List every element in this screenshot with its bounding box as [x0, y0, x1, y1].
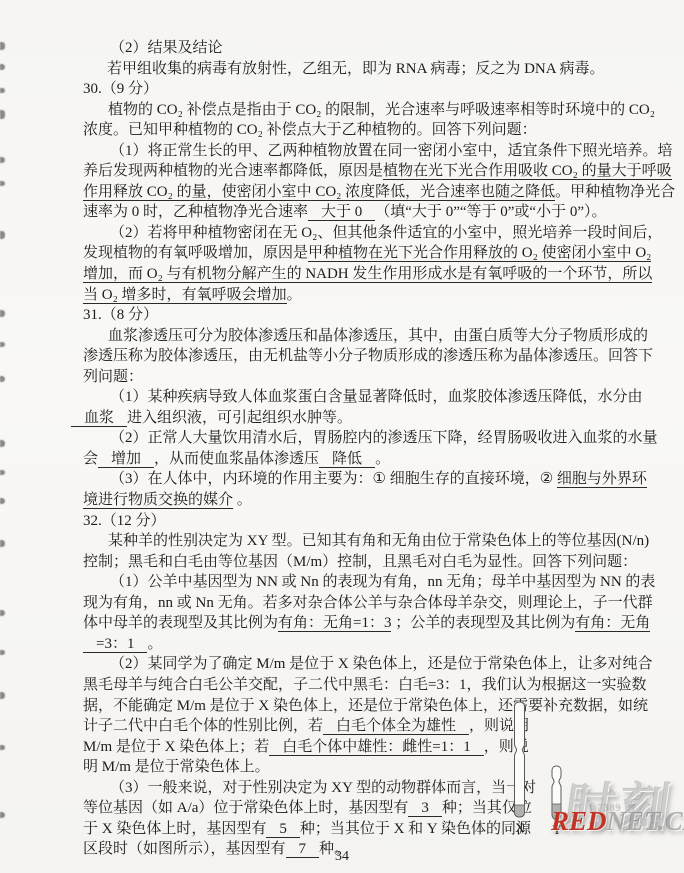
text-line: 计子二代中白毛个体的性别比例，若白毛个体全为雄性，则说明: [83, 716, 675, 737]
text-line: （2）结果及结论: [110, 38, 675, 59]
text-line: 30.（9 分）: [83, 79, 675, 100]
text-line: （2）若将甲种植物密闭在无 O₂、但其他条件适宜的小室中，照光培养一段时间后，: [110, 223, 675, 244]
scan-artifact: [0, 88, 5, 93]
underlined-answer: 白毛个体中雄性：雌性=1：1: [269, 739, 483, 756]
text-segment: 。: [233, 492, 252, 508]
text-segment: 植物的 CO₂ 补偿点是指由于 CO₂ 的限制，光合速率与呼吸速率相等时环境中的…: [108, 102, 655, 118]
text-segment: 养后发现两种植物的光合速率都降低，原因是: [83, 163, 383, 179]
text-segment: 31.（8 分）: [83, 307, 158, 323]
scan-artifact: [0, 650, 5, 655]
document-lines: （2）结果及结论若甲组收集的病毒有放射性，乙组无，即为 RNA 病毒；反之为 D…: [83, 38, 675, 860]
text-segment: 血浆渗透压可分为胶体渗透压和晶体渗透压，其中，由蛋白质等大分子物质形成的: [108, 328, 648, 344]
text-line: 发现植物的有氧呼吸增加，原因是甲种植物在光下光合作用释放的 O₂ 使密闭小室中 …: [83, 243, 675, 264]
text-segment: （1）公羊中基因型为 NN 或 Nn 的表现为有角，nn 无角；母羊中基因型为 …: [110, 574, 655, 590]
page-number: 34: [0, 849, 684, 865]
text-segment: 控制；黑毛和白毛由等位基因（M/m）控制，且黑毛对白毛为显性。回答下列问题：: [83, 554, 637, 570]
underlined-answer: 有角：无角: [575, 615, 650, 632]
text-segment: 。甲种植物净光合: [555, 184, 675, 200]
text-segment: 计子二代中白毛个体的性别比例，若: [83, 718, 323, 734]
text-segment: M/m 是位于 X 染色体上；若: [83, 739, 269, 755]
underlined-answer: 当 O₂ 增多时，有氧呼吸会增加: [83, 287, 287, 304]
text-segment: 现为有角，nn 或 Nn 无角。若多对杂合体公羊与杂合体母羊杂交，则理论上，子一…: [83, 595, 653, 611]
text-segment: 发现植物的有氧呼吸增加，原因是: [83, 245, 308, 261]
text-line: （1）将正常生长的甲、乙两种植物放置在同一密闭小室中，适宜条件下照光培养。培: [110, 141, 675, 162]
scan-artifact: [0, 157, 5, 163]
text-line: 当 O₂ 增多时，有氧呼吸会增加。: [83, 285, 675, 306]
text-segment: 体中母羊的表现型及其比例为: [83, 615, 278, 631]
text-line: =3：1。: [83, 634, 675, 655]
underlined-answer: 降低: [319, 451, 375, 468]
underlined-answer: 5: [266, 821, 300, 838]
text-line: 浓度。已知甲种植物的 CO₂ 补偿点大于乙种植物的。回答下列问题：: [83, 120, 675, 141]
underlined-answer: =3：1: [83, 636, 147, 653]
scanned-exam-page: （2）结果及结论若甲组收集的病毒有放射性，乙组无，即为 RNA 病毒；反之为 D…: [0, 0, 684, 873]
scan-artifact: [0, 376, 5, 382]
x-chromosome-label: X: [513, 820, 527, 836]
text-line: 据，不能确定 M/m 是位于 X 染色体上，还是位于常染色体上，还需要补充数据，…: [83, 696, 675, 717]
text-line: 渗透压称为胶体渗透压，由无机盐等小分子物质形成的渗透压称为晶体渗透压。回答下: [83, 346, 675, 367]
underlined-answer: 有角：无角=1：3: [278, 615, 391, 632]
text-segment: 明 M/m 是位于常染色体上。: [83, 759, 270, 775]
text-line: （1）公羊中基因型为 NN 或 Nn 的表现为有角，nn 无角；母羊中基因型为 …: [110, 572, 675, 593]
text-line: 血浆进入组织液，可引起组织水肿等。: [71, 408, 675, 429]
text-segment: 进入组织液，可引起组织水肿等。: [127, 410, 352, 426]
text-line: 31.（8 分）: [83, 305, 675, 326]
text-line: M/m 是位于 X 染色体上；若白毛个体中雄性：雌性=1：1，则说: [83, 737, 675, 758]
text-segment: （3）一般来说，对于性别决定为 XY 型的动物群体而言，当一对: [110, 780, 536, 796]
text-segment: 会: [83, 451, 98, 467]
underlined-answer: 植物在光下光合作用吸收 CO₂ 的量大于呼吸: [383, 163, 672, 180]
scan-artifact: [0, 610, 5, 616]
text-segment: 。: [147, 636, 162, 652]
text-line: 黑毛母羊与纯合白毛公羊交配，子二代中黑毛：白毛=3：1，我们认为根据这一实验数: [83, 675, 675, 696]
watermark-site-text: REDNET.CN: [551, 806, 684, 837]
text-line: 某种羊的性别决定为 XY 型。已知其有角和无角由位于常染色体上的等位基因(N/n…: [108, 531, 675, 552]
underlined-answer: 境进行物质交换的媒介: [83, 492, 233, 509]
scan-artifact: [0, 440, 5, 447]
text-segment: 黑毛母羊与纯合白毛公羊交配，子二代中黑毛：白毛=3：1，我们认为根据这一实验数: [83, 677, 646, 693]
watermark-red: RED: [551, 806, 607, 836]
text-segment: 若甲组收集的病毒有放射性，乙组无，即为 RNA 病毒；反之为 DNA 病毒。: [107, 61, 605, 77]
text-line: 速率为 0 时，乙种植物净光合速率大于 0（填“大于 0”“等于 0”或“小于 …: [83, 202, 675, 223]
text-line: （2）某同学为了确定 M/m 是位于 X 染色体上，还是位于常染色体上，让多对纯…: [110, 654, 675, 675]
scan-artifact: [0, 812, 5, 818]
underlined-answer: 增加，而 O₂ 与有机物分解产生的 NADH 发生作用形成水是有氧呼吸的一个环节…: [83, 266, 652, 283]
text-line: 养后发现两种植物的光合速率都降低，原因是植物在光下光合作用吸收 CO₂ 的量大于…: [83, 161, 675, 182]
text-line: 作用释放 CO₂ 的量，使密闭小室中 CO₂ 浓度降低，光合速率也随之降低。甲种…: [83, 182, 675, 203]
scan-artifact: [0, 181, 5, 186]
text-line: 32.（12 分）: [83, 511, 675, 532]
scan-artifact: [0, 42, 5, 50]
text-segment: （填“大于 0”“等于 0”或“小于 0”）。: [375, 204, 606, 220]
scan-artifact: [0, 540, 5, 547]
scan-artifact: [0, 64, 5, 70]
underlined-answer: 血浆: [71, 410, 127, 427]
text-segment: 列问题：: [83, 369, 143, 385]
text-line: 会增加，从而使血浆晶体渗透压降低。: [83, 449, 675, 470]
text-segment: 。: [287, 287, 302, 303]
scan-artifact: [0, 310, 5, 317]
text-segment: 于 X 染色体上时，基因型有: [83, 821, 266, 837]
scan-artifact: [0, 692, 5, 699]
underlined-answer: 细胞与外界环: [557, 471, 647, 488]
text-segment: 等位基因（如 A/a）位于常染色体上时，基因型有: [83, 800, 408, 816]
text-segment: 据，不能确定 M/m 是位于 X 染色体上，还是位于常染色体上，还需要补充数据，…: [83, 698, 648, 714]
text-line: （1）某种疾病导致人体血浆蛋白含量显著降低时，血浆胶体渗透压降低，水分由: [110, 387, 675, 408]
text-line: 现为有角，nn 或 Nn 无角。若多对杂合体公羊与杂合体母羊杂交，则理论上，子一…: [83, 593, 675, 614]
text-segment: （1）将正常生长的甲、乙两种植物放置在同一密闭小室中，适宜条件下照光培养。培: [110, 143, 673, 159]
text-segment: （2）正常人大量饮用清水后，胃肠腔内的渗透压下降，经胃肠吸收进入血浆的水量: [110, 430, 658, 446]
text-segment: （3）在人体中，内环境的作用主要为：① 细胞生存的直接环境，②: [110, 471, 557, 487]
underlined-answer: 增加: [98, 451, 154, 468]
text-line: 列问题：: [83, 367, 675, 388]
underlined-answer: 作用释放 CO₂ 的量，使密闭小室中 CO₂ 浓度降低，光合速率也随之降低: [83, 184, 555, 201]
scan-artifact: [0, 498, 5, 504]
text-segment: （2）某同学为了确定 M/m 是位于 X 染色体上，还是位于常染色体上，让多对纯…: [110, 656, 653, 672]
text-segment: 30.（9 分）: [83, 81, 158, 97]
text-line: 若甲组收集的病毒有放射性，乙组无，即为 RNA 病毒；反之为 DNA 病毒。: [107, 59, 675, 80]
text-line: 血浆渗透压可分为胶体渗透压和晶体渗透压，其中，由蛋白质等大分子物质形成的: [108, 326, 675, 347]
scan-artifact: [0, 110, 5, 119]
text-line: （3）在人体中，内环境的作用主要为：① 细胞生存的直接环境，② 细胞与外界环: [110, 469, 675, 490]
text-segment: 种；当其位于 X 和 Y 染色体的同源: [300, 821, 531, 837]
text-segment: 32.（12 分）: [83, 513, 166, 529]
text-segment: 渗透压称为胶体渗透压，由无机盐等小分子物质形成的渗透压称为晶体渗透压。回答下: [83, 348, 653, 364]
text-segment: 速率为 0 时，乙种植物净光合速率: [83, 204, 308, 220]
scan-artifact: [0, 342, 5, 347]
text-line: 增加，而 O₂ 与有机物分解产生的 NADH 发生作用形成水是有氧呼吸的一个环节…: [83, 264, 675, 285]
text-segment: 浓度。已知甲种植物的 CO₂ 补偿点大于乙种植物的。回答下列问题：: [83, 122, 537, 138]
text-segment: ；公羊的表现型及其比例为: [391, 615, 575, 631]
text-segment: （2）若将甲种植物密闭在无 O₂、但其他条件适宜的小室中，照光培养一段时间后，: [110, 225, 662, 241]
text-line: 境进行物质交换的媒介 。: [83, 490, 675, 511]
text-line: 体中母羊的表现型及其比例为有角：无角=1：3 ；公羊的表现型及其比例为有角：无角: [83, 613, 675, 634]
text-segment: 。: [375, 451, 390, 467]
text-segment: （1）某种疾病导致人体血浆蛋白含量显著降低时，血浆胶体渗透压降低，水分由: [110, 389, 643, 405]
scan-artifact: [0, 470, 5, 475]
underlined-answer: 甲种植物在光下光合作用释放的 O₂ 使密闭小室中 O₂: [308, 245, 651, 262]
text-segment: ，从而使血浆晶体渗透压: [154, 451, 319, 467]
text-line: （2）正常人大量饮用清水后，胃肠腔内的渗透压下降，经胃肠吸收进入血浆的水量: [110, 428, 675, 449]
text-segment: 某种羊的性别决定为 XY 型。已知其有角和无角由位于常染色体上的等位基因(N/n…: [108, 533, 649, 549]
scan-artifact: [0, 745, 5, 750]
underlined-answer: 白毛个体全为雄性: [323, 718, 469, 735]
scan-artifact: [0, 231, 5, 239]
text-line: 控制；黑毛和白毛由等位基因（M/m）控制，且黑毛对白毛为显性。回答下列问题：: [83, 552, 675, 573]
underlined-answer: 大于 0: [308, 204, 375, 221]
underlined-answer: 3: [408, 800, 442, 817]
watermark-gray: NET.CN: [607, 806, 684, 836]
text-line: 植物的 CO₂ 补偿点是指由于 CO₂ 的限制，光合速率与呼吸速率相等时环境中的…: [108, 100, 675, 121]
x-chromosome-diagram: [513, 701, 526, 818]
text-segment: （2）结果及结论: [110, 40, 223, 56]
